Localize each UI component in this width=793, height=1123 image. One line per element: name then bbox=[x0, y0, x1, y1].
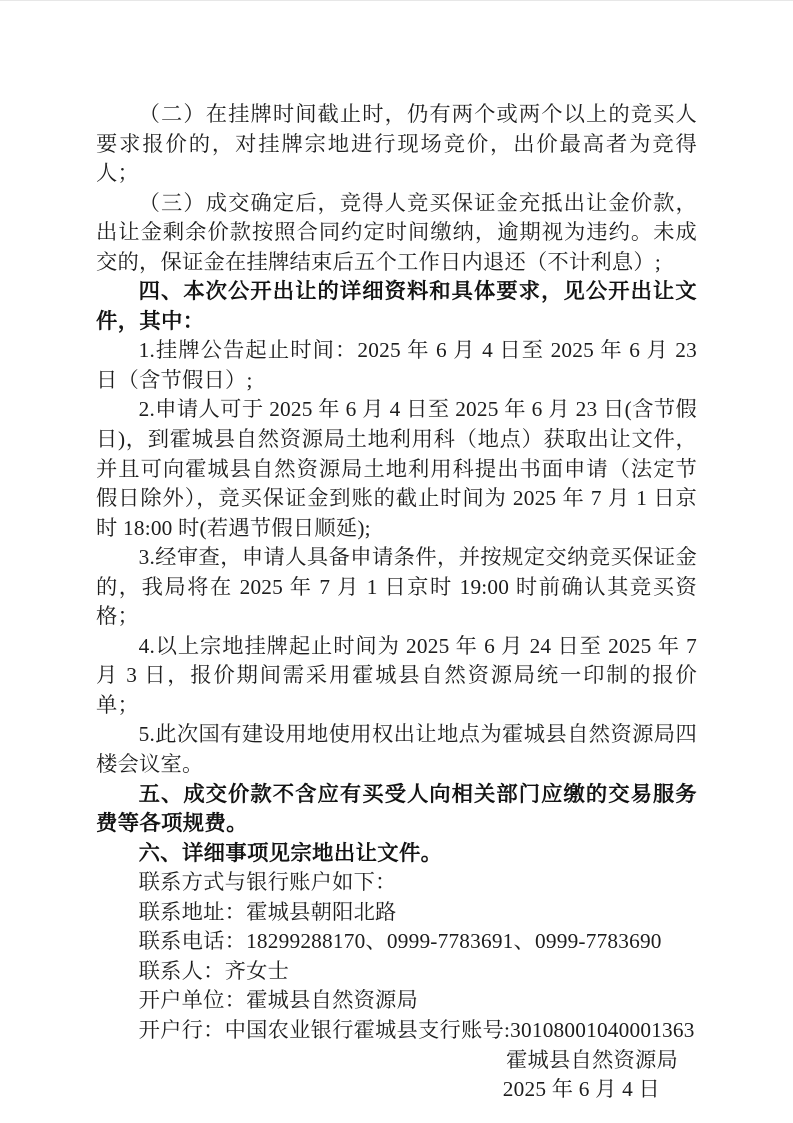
issue-date: 2025 年 6 月 4 日 bbox=[96, 1075, 697, 1105]
contact-person: 联系人：齐女士 bbox=[96, 957, 697, 987]
announcement-body: （二）在挂牌时间截止时，仍有两个或两个以上的竞买人要求报价的，对挂牌宗地进行现场… bbox=[96, 100, 697, 1105]
section-5-heading: 五、成交价款不含应有买受人向相关部门应缴的交易服务费等各项规费。 bbox=[96, 780, 697, 839]
section-4-item-3: 3.经审查，申请人具备申请条件，并按规定交纳竞买保证金的，我局将在 2025 年… bbox=[96, 543, 697, 632]
section-4-heading: 四、本次公开出让的详细资料和具体要求，见公开出让文件，其中： bbox=[96, 277, 697, 336]
section-6-heading: 六、详细事项见宗地出让文件。 bbox=[96, 839, 697, 869]
issuer-signature: 霍城县自然资源局 bbox=[96, 1046, 697, 1076]
bank-account: 开户行：中国农业银行霍城县支行账号:30108001040001363 bbox=[96, 1016, 697, 1046]
document-page-background: { "colors": { "background": "#ffffff", "… bbox=[0, 0, 793, 1123]
section-4-item-5: 5.此次国有建设用地使用权出让地点为霍城县自然资源局四楼会议室。 bbox=[96, 720, 697, 779]
contact-intro: 联系方式与银行账户如下： bbox=[96, 868, 697, 898]
announcement-document: （二）在挂牌时间截止时，仍有两个或两个以上的竞买人要求报价的，对挂牌宗地进行现场… bbox=[0, 1, 793, 1123]
account-holder: 开户单位：霍城县自然资源局 bbox=[96, 986, 697, 1016]
section-4-item-1: 1.挂牌公告起止时间：2025 年 6 月 4 日至 2025 年 6 月 23… bbox=[96, 336, 697, 395]
clause-3: （三）成交确定后，竞得人竞买保证金充抵出让金价款，出让金剩余价款按照合同约定时间… bbox=[96, 189, 697, 278]
clause-2: （二）在挂牌时间截止时，仍有两个或两个以上的竞买人要求报价的，对挂牌宗地进行现场… bbox=[96, 100, 697, 189]
contact-address: 联系地址：霍城县朝阳北路 bbox=[96, 898, 697, 928]
section-4-item-2: 2.申请人可于 2025 年 6 月 4 日至 2025 年 6 月 23 日(… bbox=[96, 395, 697, 543]
section-4-item-4: 4.以上宗地挂牌起止时间为 2025 年 6 月 24 日至 2025 年 7 … bbox=[96, 632, 697, 721]
contact-phone: 联系电话：18299288170、0999-7783691、0999-77836… bbox=[96, 927, 697, 957]
